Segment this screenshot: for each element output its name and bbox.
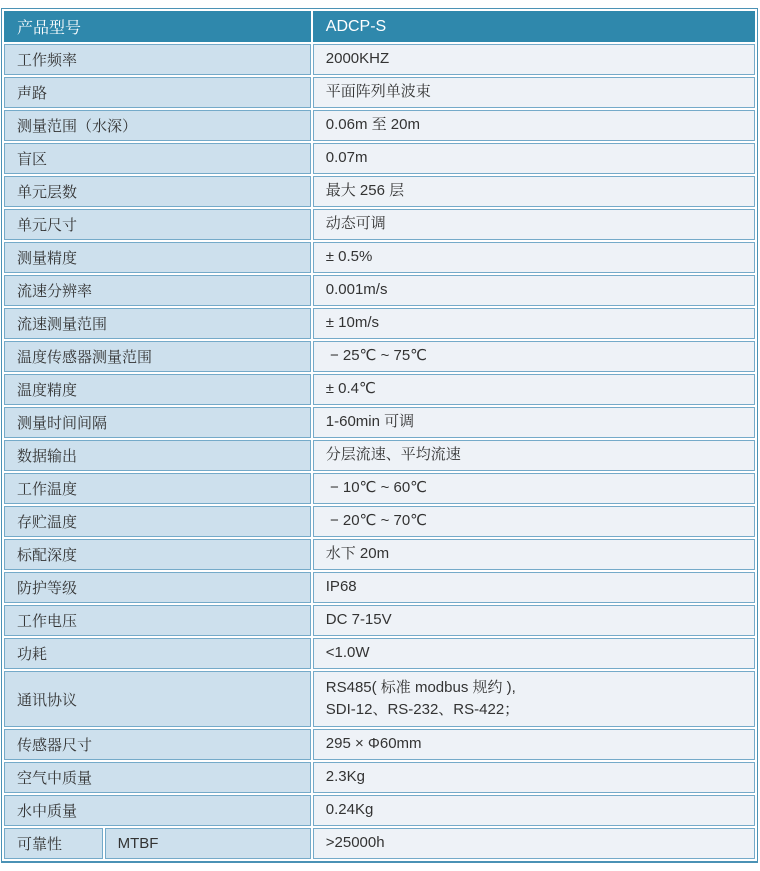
spec-value: IP68 — [313, 572, 755, 603]
spec-row-velocity-range: 流速测量范围 ± 10m/s — [4, 308, 755, 339]
spec-value: 295 × Φ60mm — [313, 729, 755, 760]
spec-row-power-consumption: 功耗 <1.0W — [4, 638, 755, 669]
spec-label: 盲区 — [4, 143, 311, 174]
spec-sublabel-mtbf: MTBF — [105, 828, 311, 859]
spec-row-reliability: 可靠性 MTBF >25000h — [4, 828, 755, 859]
spec-value: − 25℃ ~ 75℃ — [313, 341, 755, 372]
spec-row-protection-rating: 防护等级 IP68 — [4, 572, 755, 603]
table-header-row: 产品型号 ADCP-S — [4, 11, 755, 42]
spec-label: 流速测量范围 — [4, 308, 311, 339]
spec-label: 通讯协议 — [4, 671, 311, 727]
spec-label: 工作温度 — [4, 473, 311, 504]
spec-row-sound-path: 声路 平面阵列单波束 — [4, 77, 755, 108]
spec-label: 存贮温度 — [4, 506, 311, 537]
spec-row-data-output: 数据输出 分层流速、平均流速 — [4, 440, 755, 471]
spec-row-weight-in-air: 空气中质量 2.3Kg — [4, 762, 755, 793]
spec-value: − 20℃ ~ 70℃ — [313, 506, 755, 537]
spec-value: 0.001m/s — [313, 275, 755, 306]
spec-value: ± 0.4℃ — [313, 374, 755, 405]
spec-value: 最大 256 层 — [313, 176, 755, 207]
spec-row-velocity-resolution: 流速分辨率 0.001m/s — [4, 275, 755, 306]
spec-label: 温度精度 — [4, 374, 311, 405]
spec-value: 0.07m — [313, 143, 755, 174]
spec-row-weight-in-water: 水中质量 0.24Kg — [4, 795, 755, 826]
spec-sheet: 产品型号 ADCP-S 工作频率 2000KHZ 声路 平面阵列单波束 测量范围… — [0, 0, 758, 871]
header-product-model-label: 产品型号 — [4, 11, 311, 42]
spec-label: 单元层数 — [4, 176, 311, 207]
header-product-model-value: ADCP-S — [313, 11, 755, 42]
spec-value: 1-60min 可调 — [313, 407, 755, 438]
spec-value: DC 7-15V — [313, 605, 755, 636]
spec-label: 水中质量 — [4, 795, 311, 826]
spec-label: 测量精度 — [4, 242, 311, 273]
spec-label: 测量时间间隔 — [4, 407, 311, 438]
spec-row-working-temp: 工作温度 − 10℃ ~ 60℃ — [4, 473, 755, 504]
spec-row-frequency: 工作频率 2000KHZ — [4, 44, 755, 75]
spec-table: 产品型号 ADCP-S 工作频率 2000KHZ 声路 平面阵列单波束 测量范围… — [1, 8, 758, 863]
spec-label: 声路 — [4, 77, 311, 108]
spec-row-blind-zone: 盲区 0.07m — [4, 143, 755, 174]
spec-row-comm-protocol: 通讯协议 RS485( 标准 modbus 规约 ), SDI-12、RS-23… — [4, 671, 755, 727]
spec-row-measure-interval: 测量时间间隔 1-60min 可调 — [4, 407, 755, 438]
spec-row-temp-accuracy: 温度精度 ± 0.4℃ — [4, 374, 755, 405]
spec-value: ± 0.5% — [313, 242, 755, 273]
spec-row-temp-sensor-range: 温度传感器测量范围 − 25℃ ~ 75℃ — [4, 341, 755, 372]
spec-value: 2.3Kg — [313, 762, 755, 793]
spec-label: 工作频率 — [4, 44, 311, 75]
spec-label: 温度传感器测量范围 — [4, 341, 311, 372]
spec-label: 标配深度 — [4, 539, 311, 570]
spec-label: 空气中质量 — [4, 762, 311, 793]
spec-label: 流速分辨率 — [4, 275, 311, 306]
spec-value: ± 10m/s — [313, 308, 755, 339]
spec-value: 分层流速、平均流速 — [313, 440, 755, 471]
spec-row-working-voltage: 工作电压 DC 7-15V — [4, 605, 755, 636]
spec-label: 防护等级 — [4, 572, 311, 603]
spec-value: 0.24Kg — [313, 795, 755, 826]
spec-row-standard-depth: 标配深度 水下 20m — [4, 539, 755, 570]
spec-row-sensor-size: 传感器尺寸 295 × Φ60mm — [4, 729, 755, 760]
spec-label: 传感器尺寸 — [4, 729, 311, 760]
spec-label: 测量范围（水深） — [4, 110, 311, 141]
spec-row-measure-range: 测量范围（水深） 0.06m 至 20m — [4, 110, 755, 141]
spec-value: 动态可调 — [313, 209, 755, 240]
spec-label: 工作电压 — [4, 605, 311, 636]
spec-label: 功耗 — [4, 638, 311, 669]
spec-value: − 10℃ ~ 60℃ — [313, 473, 755, 504]
spec-value: <1.0W — [313, 638, 755, 669]
spec-value: >25000h — [313, 828, 755, 859]
spec-row-cell-size: 单元尺寸 动态可调 — [4, 209, 755, 240]
spec-row-cell-layers: 单元层数 最大 256 层 — [4, 176, 755, 207]
spec-value: 水下 20m — [313, 539, 755, 570]
spec-label: 可靠性 — [4, 828, 103, 859]
spec-label: 单元尺寸 — [4, 209, 311, 240]
spec-value: 2000KHZ — [313, 44, 755, 75]
spec-value: 平面阵列单波束 — [313, 77, 755, 108]
spec-row-accuracy: 测量精度 ± 0.5% — [4, 242, 755, 273]
spec-row-storage-temp: 存贮温度 − 20℃ ~ 70℃ — [4, 506, 755, 537]
spec-value: RS485( 标准 modbus 规约 ), SDI-12、RS-232、RS-… — [313, 671, 755, 727]
spec-value: 0.06m 至 20m — [313, 110, 755, 141]
spec-label: 数据输出 — [4, 440, 311, 471]
